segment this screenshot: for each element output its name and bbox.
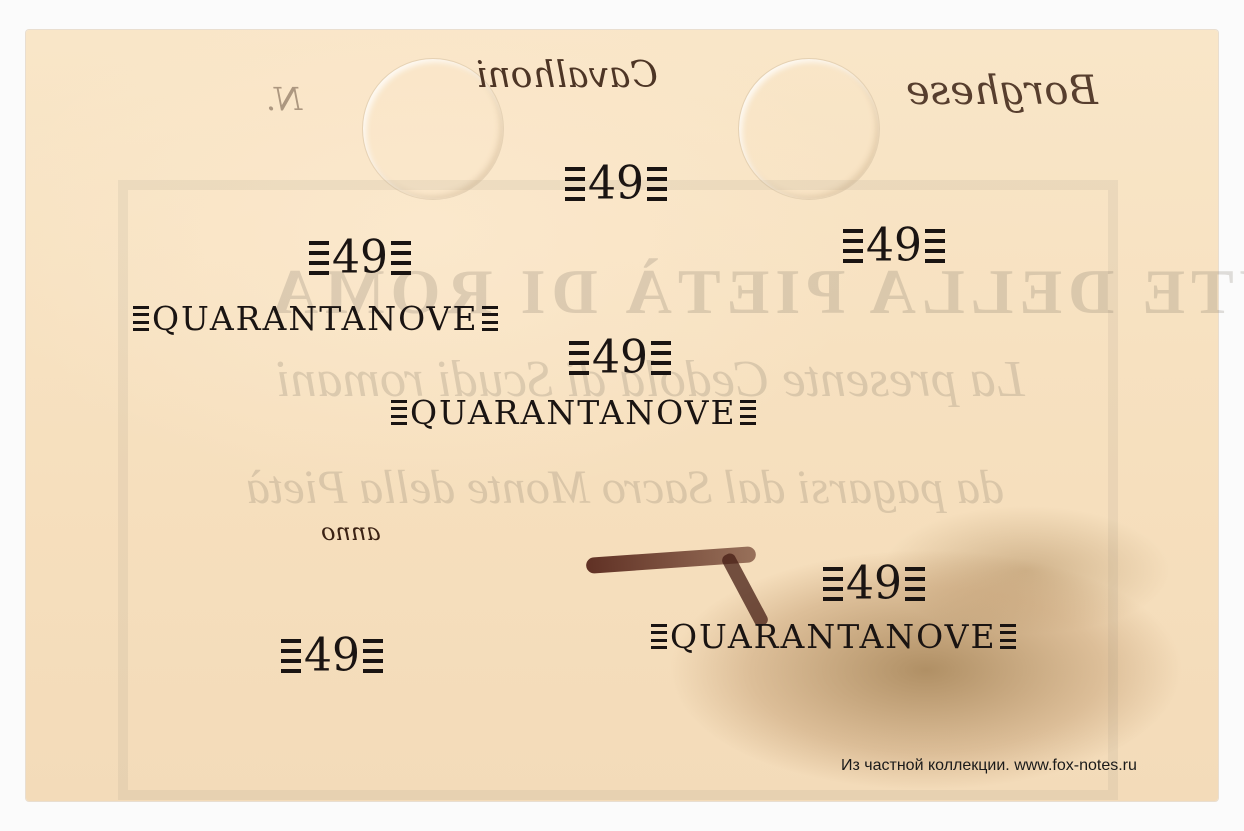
bars-icon xyxy=(651,341,671,375)
bars-icon xyxy=(925,229,945,263)
handwriting-top-center: Cavalhoni xyxy=(476,55,658,96)
bars-icon xyxy=(823,567,843,601)
bars-icon xyxy=(740,400,756,426)
bars-icon xyxy=(843,229,863,263)
stamp-quarantanove: QUARANTANOVE xyxy=(130,302,501,335)
bars-icon xyxy=(565,167,585,201)
bars-icon xyxy=(651,624,667,650)
stamp-49: 49 xyxy=(566,336,674,380)
ghost-line-3: da pagarsi dal Sacro Monte della Pietà xyxy=(246,460,1004,515)
bars-icon xyxy=(391,241,411,275)
bars-icon xyxy=(391,400,407,426)
stamp-quarantanove: QUARANTANOVE xyxy=(648,620,1019,653)
bars-icon xyxy=(482,306,498,332)
stamp-quarantanove: QUARANTANOVE xyxy=(388,396,759,429)
bars-icon xyxy=(569,341,589,375)
banknote: S. MONTE DELLA PIETÀ DI ROMA La presente… xyxy=(26,30,1218,801)
bars-icon xyxy=(281,639,301,673)
stamp-49: 49 xyxy=(306,236,414,280)
bars-icon xyxy=(363,639,383,673)
handwriting-top-right: Borghese xyxy=(906,68,1098,114)
bars-icon xyxy=(647,167,667,201)
bars-icon xyxy=(133,306,149,332)
bars-icon xyxy=(309,241,329,275)
stamp-49: 49 xyxy=(562,162,670,206)
embossed-seal-right xyxy=(738,58,880,200)
handwriting-middle-left: anno xyxy=(321,518,381,546)
handwriting-top-left: N. xyxy=(266,80,302,118)
stamp-49: 49 xyxy=(278,634,386,678)
bars-icon xyxy=(905,567,925,601)
stamp-49: 49 xyxy=(840,224,948,268)
collection-caption: Из частной коллекции. www.fox-notes.ru xyxy=(841,757,1137,775)
stamp-49: 49 xyxy=(820,562,928,606)
bars-icon xyxy=(1000,624,1016,650)
